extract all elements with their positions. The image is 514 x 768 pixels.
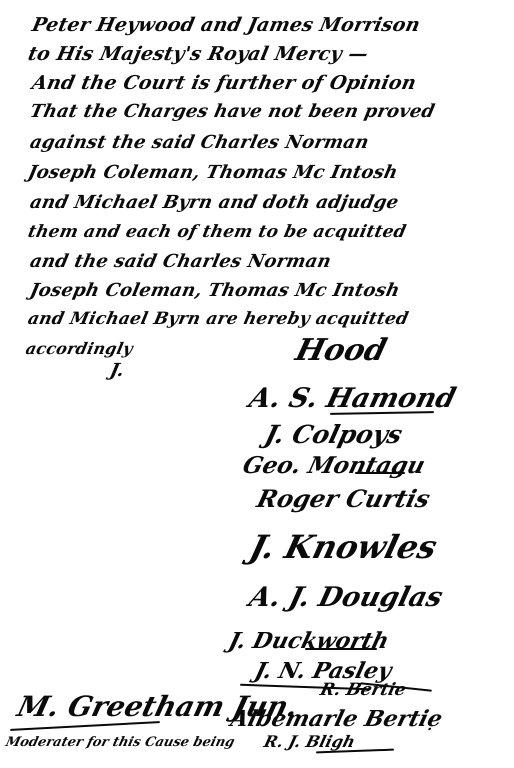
- body-line: and Michael Byrn are hereby acquitted: [26, 309, 410, 329]
- signature-underline: [330, 411, 434, 415]
- body-line: Joseph Coleman, Thomas Mc Intosh: [26, 162, 400, 183]
- judge-advocate-signature: M. Greetham Jun.: [14, 690, 302, 723]
- signature-colpoys: J. Colpoys: [262, 420, 405, 449]
- signature-curtis: Roger Curtis: [254, 484, 433, 513]
- signature-bligh: R. J. Bligh: [262, 732, 357, 751]
- signature-underline: [355, 472, 405, 474]
- judge-advocate-title: Moderater for this Cause being: [4, 735, 236, 750]
- body-line: them and each of them to be acquitted: [26, 222, 408, 242]
- body-line: against the said Charles Norman: [28, 132, 371, 153]
- signature-douglas: A. J. Douglas: [246, 582, 446, 613]
- signature-hood: Hood: [292, 333, 390, 368]
- body-line: That the Charges have not been proved: [28, 101, 437, 122]
- body-line: and Michael Byrn and doth adjudge: [28, 192, 401, 213]
- body-line: accordingly: [24, 339, 135, 358]
- closing-mark: J.: [108, 360, 126, 381]
- signature-hamond: A. S. Hamond: [246, 383, 459, 414]
- signature-knowles: J. Knowles: [246, 528, 441, 566]
- signature-montagu: Geo. Montagu: [240, 452, 428, 479]
- body-line: and the said Charles Norman: [28, 251, 333, 272]
- body-line: Peter Heywood and James Morrison: [30, 14, 422, 36]
- document-page: Peter Heywood and James Morrison to His …: [0, 0, 514, 768]
- body-line: And the Court is further of Opinion: [30, 72, 418, 94]
- signature-duckworth: J. Duckworth: [226, 628, 392, 654]
- body-line: to His Majesty's Royal Mercy —: [26, 43, 370, 65]
- body-line: Joseph Coleman, Thomas Mc Intosh: [28, 280, 402, 301]
- signature-underline: [305, 648, 377, 650]
